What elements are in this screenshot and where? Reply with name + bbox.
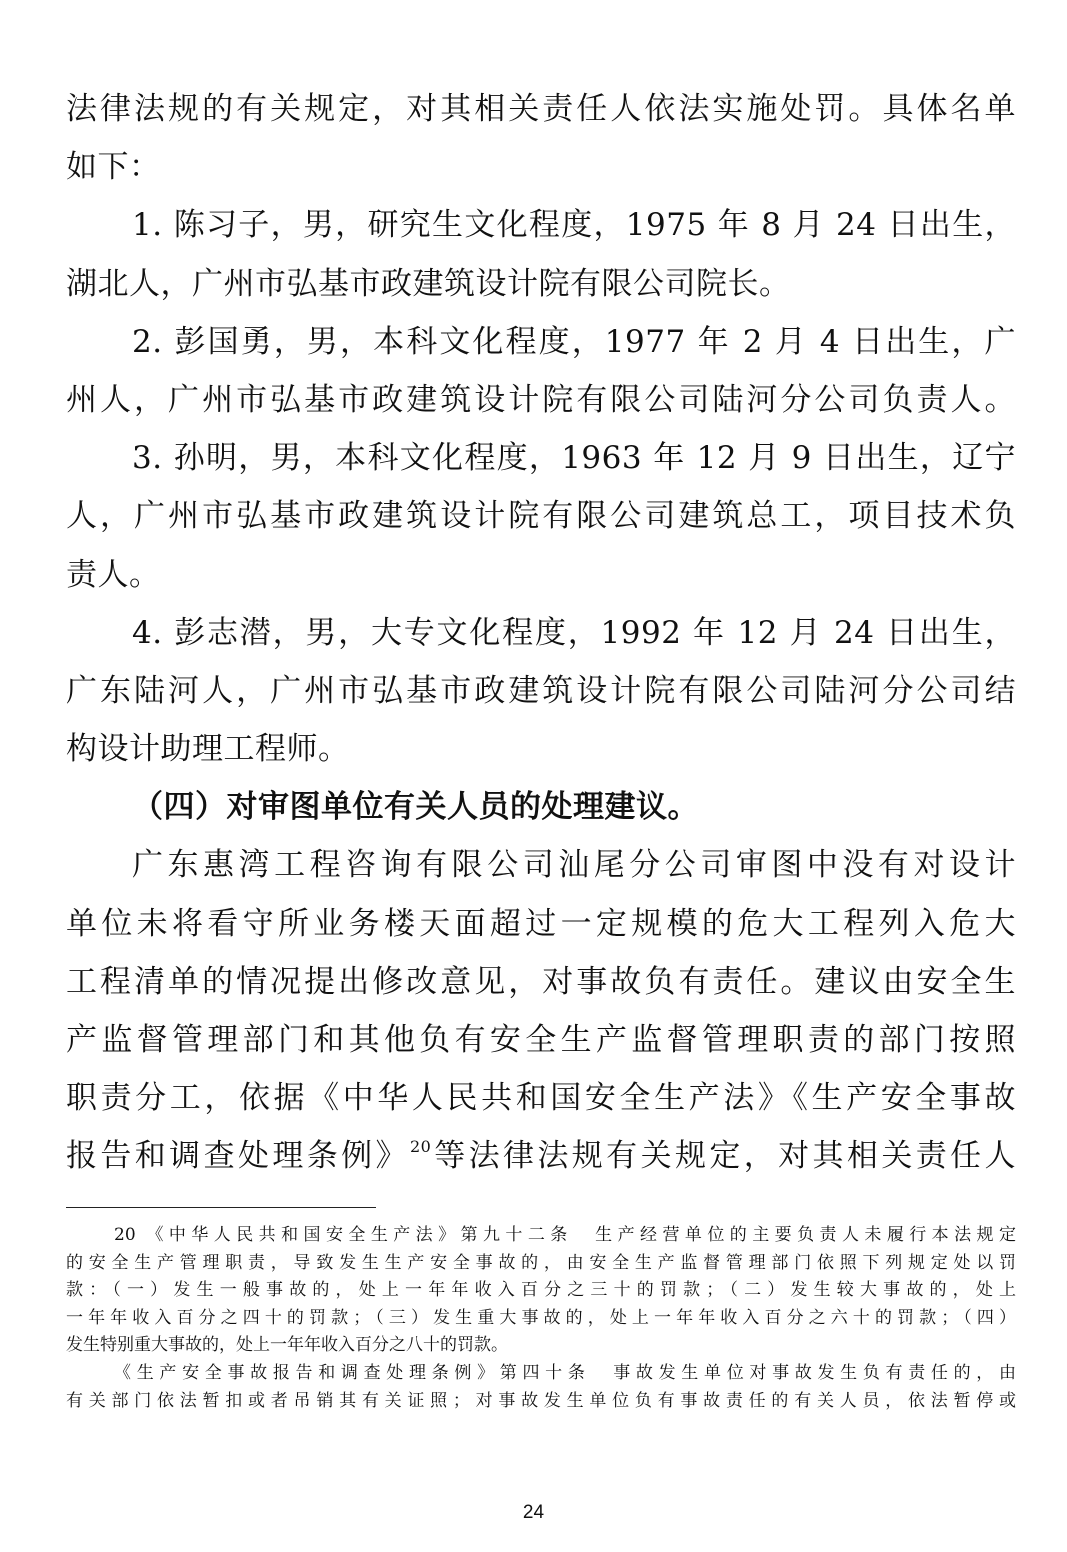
- body-line: 单位未将看守所业务楼天面超过一定规模的危大工程列入危大: [66, 895, 1016, 953]
- footnote-line: 一年年收入百分之四十的罚款；（三）发生重大事故的，处上一年年收入百分之六十的罚款…: [66, 1305, 1016, 1333]
- footnote-text: 20 《中华人民共和国安全生产法》第九十二条 生产经营单位的主要负责人未履行本法…: [114, 1225, 1016, 1245]
- body-line: 产监督管理部门和其他负有安全生产监督管理职责的部门按照: [66, 1011, 1016, 1069]
- section-heading-text: （四）对审图单位有关人员的处理建议。: [132, 789, 699, 825]
- body-line-text: 构设计助理工程师。: [66, 731, 350, 767]
- page-number: 24: [0, 1502, 1067, 1524]
- footnote-line: 《生产安全事故报告和调查处理条例》第四十条 事故发生单位对事故发生负有责任的，由: [66, 1360, 1016, 1388]
- footnote-line: 款：（一）发生一般事故的，处上一年年收入百分之三十的罚款；（二）发生较大事故的，…: [66, 1277, 1016, 1305]
- footnote-line: 20 《中华人民共和国安全生产法》第九十二条 生产经营单位的主要负责人未履行本法…: [66, 1222, 1016, 1250]
- footnote-line: 发生特别重大事故的，处上一年年收入百分之八十的罚款。: [66, 1332, 1016, 1360]
- footnote-text: 《生产安全事故报告和调查处理条例》第四十条 事故发生单位对事故发生负有责任的，由: [114, 1363, 1016, 1383]
- body-line-text: 产监督管理部门和其他负有安全生产监督管理职责的部门按照: [66, 1022, 1016, 1058]
- footnote-text: 的安全生产管理职责，导致发生生产安全事故的，由安全生产监督管理部门依照下列规定处…: [66, 1253, 1016, 1273]
- body-line-text: 湖北人，广州市弘基市政建筑设计院有限公司院长。: [66, 266, 791, 302]
- list-item-4: 4. 彭志潜，男，大专文化程度，1992 年 12 月 24 日出生，: [66, 604, 1016, 662]
- body-line-text: 工程清单的情况提出修改意见，对事故负有责任。建议由安全生: [66, 964, 1016, 1000]
- body-line-text: 州人，广州市弘基市政建筑设计院有限公司陆河分公司负责人。: [66, 382, 1016, 418]
- body-text: 法律法规的有关规定，对其相关责任人依法实施处罚。具体名单 如下： 1. 陈习子，…: [66, 80, 1016, 1186]
- body-line-text: 报告和调查处理条例》: [66, 1138, 410, 1174]
- list-item-3: 3. 孙明，男，本科文化程度，1963 年 12 月 9 日出生，辽宁: [66, 429, 1016, 487]
- footnote-text: 有关部门依法暂扣或者吊销其有关证照；对事故发生单位负有事故责任的有关人员，依法暂…: [66, 1391, 1016, 1411]
- body-line: 工程清单的情况提出修改意见，对事故负有责任。建议由安全生: [66, 953, 1016, 1011]
- body-line: 州人，广州市弘基市政建筑设计院有限公司陆河分公司负责人。: [66, 371, 1016, 429]
- body-line: 职责分工，依据《中华人民共和国安全生产法》《生产安全事故: [66, 1069, 1016, 1127]
- body-line: 广东惠湾工程咨询有限公司汕尾分公司审图中没有对设计: [66, 836, 1016, 894]
- list-item-1: 1. 陈习子，男，研究生文化程度，1975 年 8 月 24 日出生，: [66, 196, 1016, 254]
- body-line: 构设计助理工程师。: [66, 720, 1016, 778]
- body-line-text: 责人。: [66, 557, 161, 593]
- footnote-text: 款：（一）发生一般事故的，处上一年年收入百分之三十的罚款；（二）发生较大事故的，…: [66, 1280, 1016, 1300]
- body-line: 法律法规的有关规定，对其相关责任人依法实施处罚。具体名单: [66, 80, 1016, 138]
- body-line-text: 4. 彭志潜，男，大专文化程度，1992 年 12 月 24 日出生，: [132, 615, 1016, 651]
- body-line-text: 法律法规的有关规定，对其相关责任人依法实施处罚。具体名单: [66, 91, 1016, 127]
- body-line: 广东陆河人，广州市弘基市政建筑设计院有限公司陆河分公司结: [66, 662, 1016, 720]
- section-heading: （四）对审图单位有关人员的处理建议。: [66, 778, 1016, 836]
- body-line-with-footnote: 报告和调查处理条例》20等法律法规有关规定，对其相关责任人: [66, 1127, 1016, 1185]
- document-page: 法律法规的有关规定，对其相关责任人依法实施处罚。具体名单 如下： 1. 陈习子，…: [0, 0, 1067, 1552]
- footnote-text: 发生特别重大事故的，处上一年年收入百分之八十的罚款。: [66, 1335, 508, 1355]
- body-line-text: 等法律法规有关规定，对其相关责任人: [431, 1138, 1016, 1174]
- body-line-text: 3. 孙明，男，本科文化程度，1963 年 12 月 9 日出生，辽宁: [132, 440, 1016, 476]
- footnote-divider: [66, 1207, 376, 1208]
- body-line: 如下：: [66, 138, 1016, 196]
- body-line-text: 1. 陈习子，男，研究生文化程度，1975 年 8 月 24 日出生，: [132, 207, 1016, 243]
- body-line-text: 人，广州市弘基市政建筑设计院有限公司建筑总工，项目技术负: [66, 498, 1016, 534]
- body-line: 责人。: [66, 546, 1016, 604]
- body-line-text: 广东惠湾工程咨询有限公司汕尾分公司审图中没有对设计: [132, 847, 1016, 883]
- body-line-text: 单位未将看守所业务楼天面超过一定规模的危大工程列入危大: [66, 906, 1016, 942]
- footnote-reference[interactable]: 20: [410, 1137, 431, 1156]
- list-item-2: 2. 彭国勇，男，本科文化程度，1977 年 2 月 4 日出生，广: [66, 313, 1016, 371]
- footnote-line: 有关部门依法暂扣或者吊销其有关证照；对事故发生单位负有事故责任的有关人员，依法暂…: [66, 1388, 1016, 1416]
- body-line-text: 如下：: [66, 149, 161, 185]
- footnote-text: 一年年收入百分之四十的罚款；（三）发生重大事故的，处上一年年收入百分之六十的罚款…: [66, 1308, 1016, 1328]
- footnote-line: 的安全生产管理职责，导致发生生产安全事故的，由安全生产监督管理部门依照下列规定处…: [66, 1250, 1016, 1278]
- body-line: 人，广州市弘基市政建筑设计院有限公司建筑总工，项目技术负: [66, 487, 1016, 545]
- body-line-text: 2. 彭国勇，男，本科文化程度，1977 年 2 月 4 日出生，广: [132, 324, 1016, 360]
- body-line-text: 职责分工，依据《中华人民共和国安全生产法》《生产安全事故: [66, 1080, 1016, 1116]
- body-line: 湖北人，广州市弘基市政建筑设计院有限公司院长。: [66, 255, 1016, 313]
- footnotes: 20 《中华人民共和国安全生产法》第九十二条 生产经营单位的主要负责人未履行本法…: [66, 1222, 1016, 1415]
- body-line-text: 广东陆河人，广州市弘基市政建筑设计院有限公司陆河分公司结: [66, 673, 1016, 709]
